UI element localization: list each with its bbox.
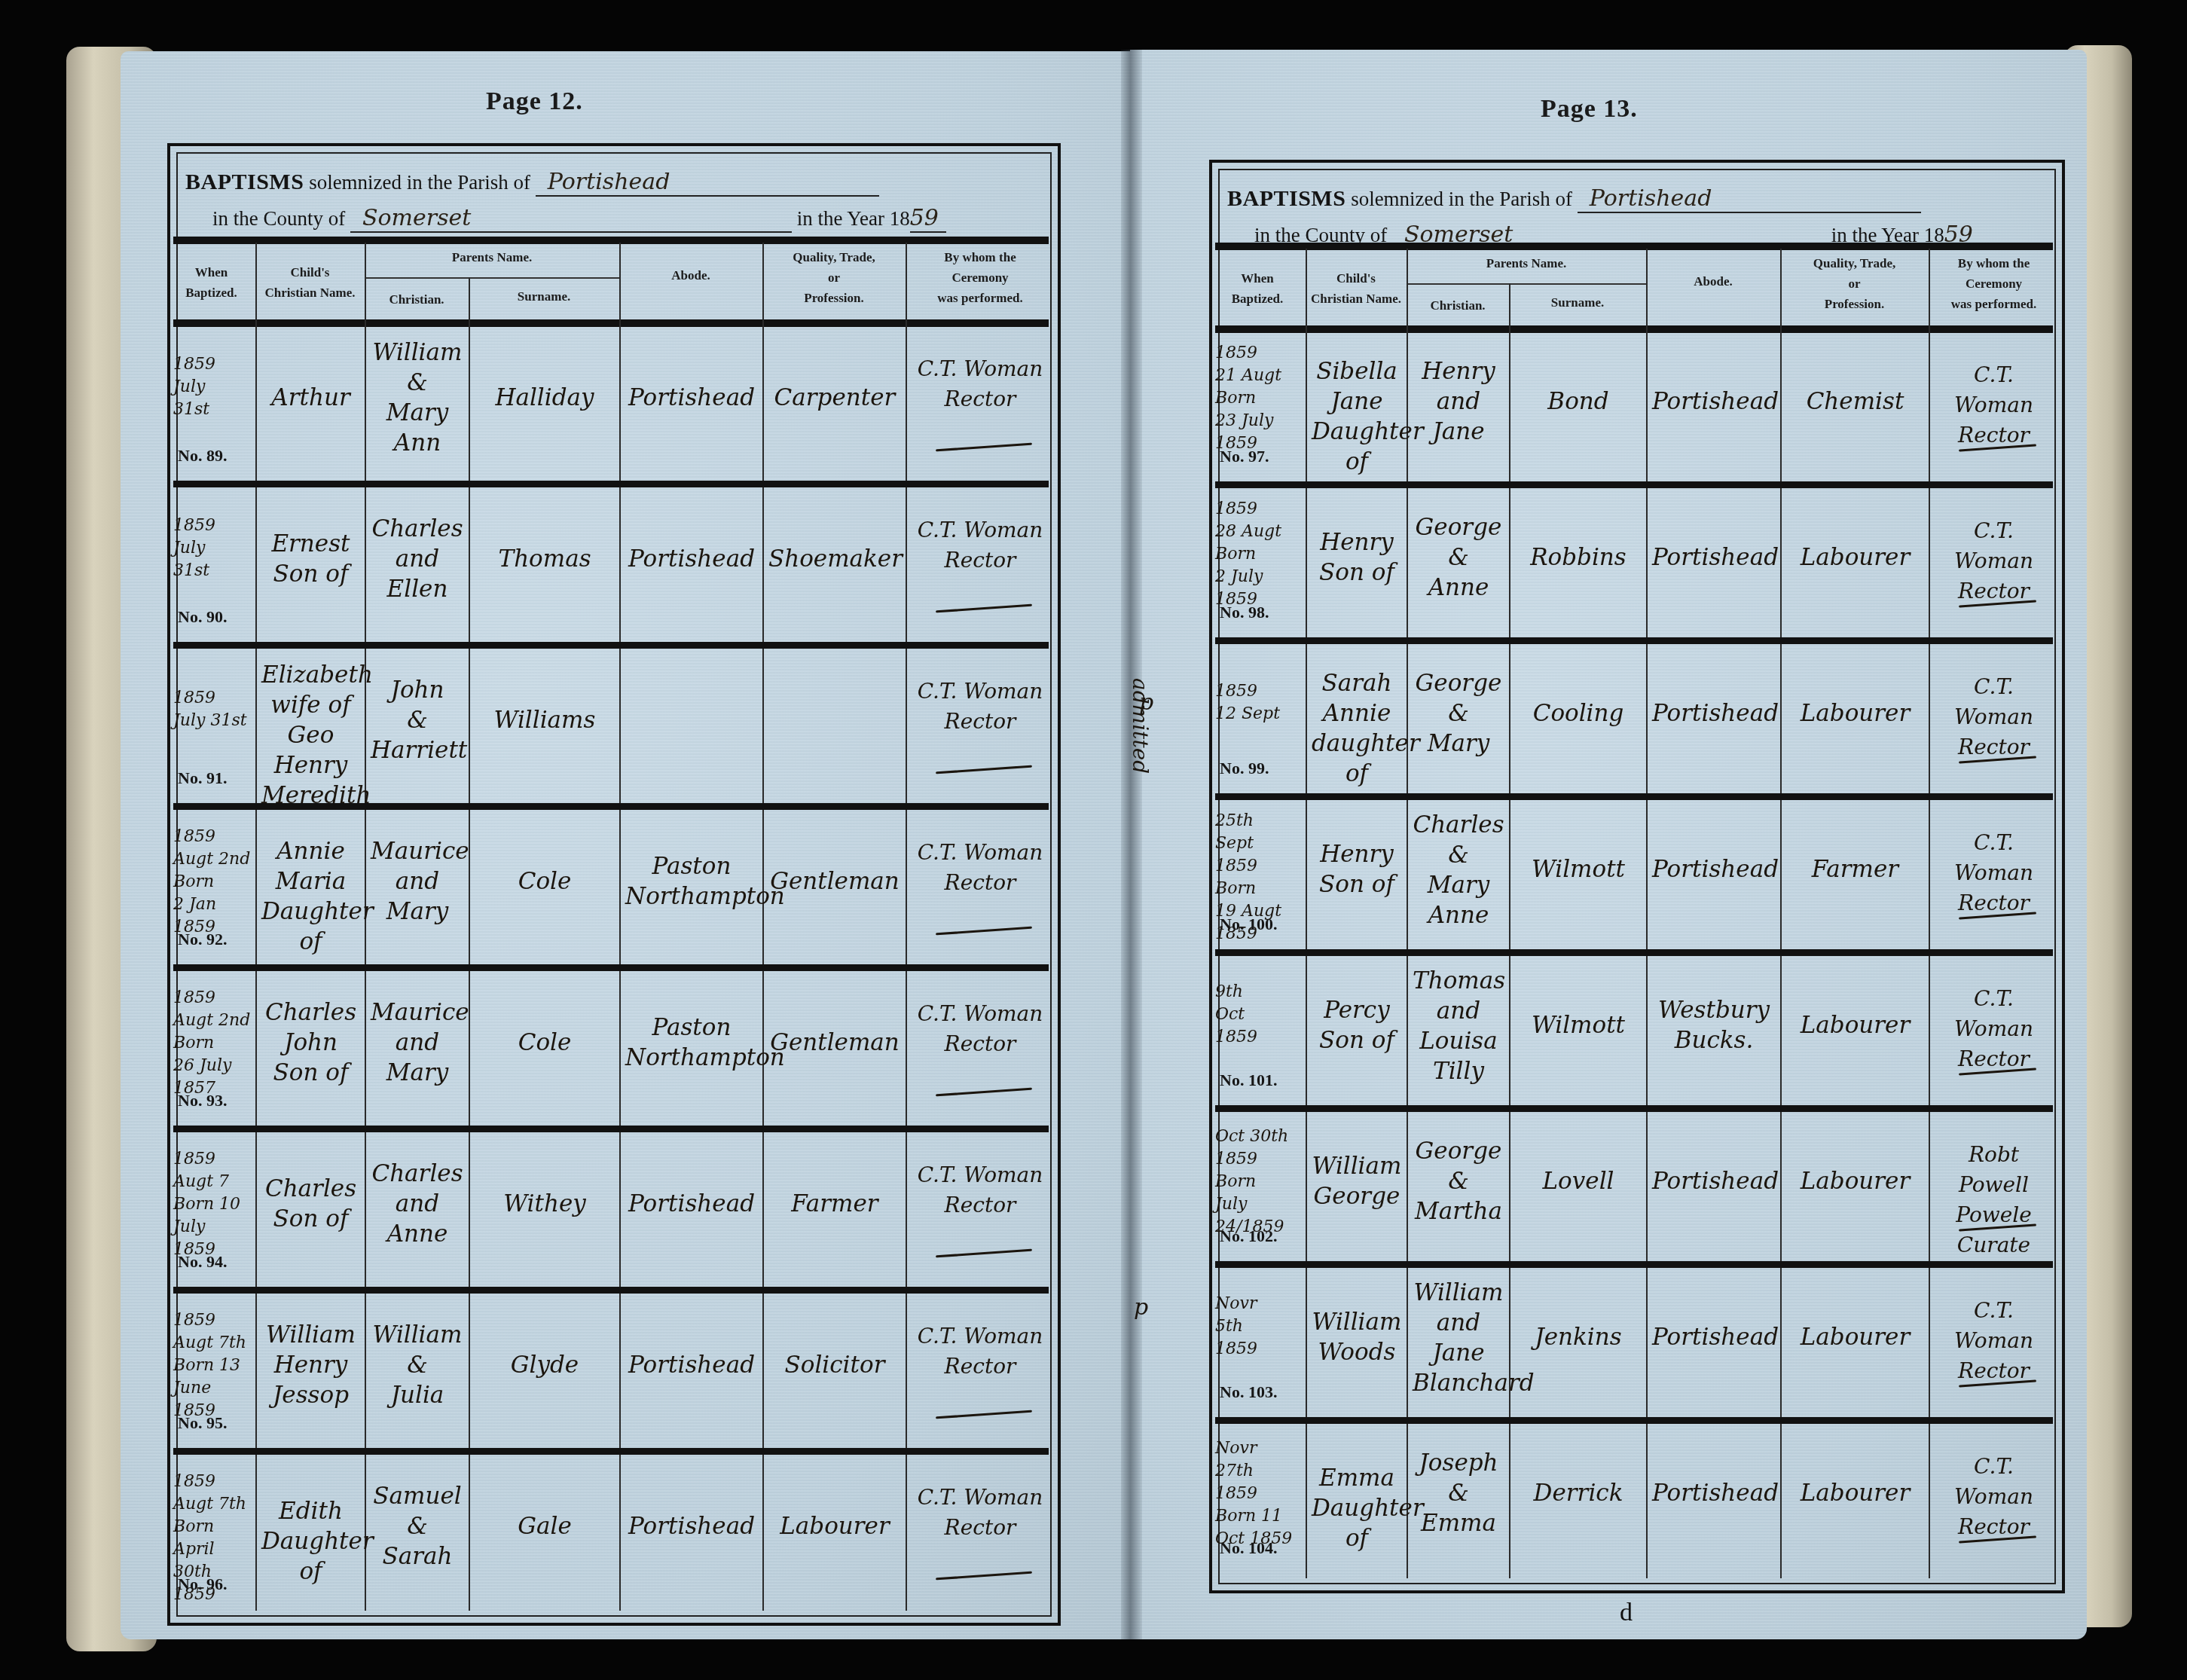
row-divider-rule <box>1215 1417 2053 1424</box>
cell-when-baptized: 1859 Augt 2nd Born 26 July 1857 <box>173 987 251 1100</box>
cell-quality-trade: Solicitor <box>768 1350 901 1380</box>
cell-parents-christian: Maurice and Mary <box>371 836 464 927</box>
col-head-child: Child'sChristian Name. <box>255 262 365 303</box>
solemnized-label: solemnized in the Parish of <box>304 171 535 194</box>
cell-child-name: Henry Son of <box>1312 527 1402 588</box>
cell-officiant-signature: C.T. Woman Rector <box>1935 516 2053 606</box>
page-number-title: Page 13. <box>1541 95 1638 124</box>
cell-child-name: Charles Son of <box>261 1174 360 1234</box>
register-heading-parish: BAPTISMS solemnized in the Parish of Por… <box>1227 185 1921 213</box>
parents-subrule <box>1407 283 1646 285</box>
cell-parents-christian: Henry and Jane <box>1413 356 1504 447</box>
row-divider-rule <box>1215 1261 2053 1268</box>
cell-parents-christian: Thomas and Louisa Tilly <box>1413 966 1504 1086</box>
cell-when-baptized: Novr 27th 1859 Born 11 Oct 1859 <box>1215 1437 1301 1550</box>
row-divider-rule <box>1215 481 2053 488</box>
cell-child-name: Edith Daughter of <box>261 1496 360 1587</box>
cell-parents-surname: Glyde <box>475 1350 615 1380</box>
cell-parents-surname: Wilmott <box>1515 854 1642 884</box>
cell-parents-surname: Jenkins <box>1515 1322 1642 1352</box>
cell-when-baptized: 1859 Augt 7th Born 13 June 1859 <box>173 1309 251 1422</box>
cell-child-name: Elizabeth wife of Geo Henry Meredith <box>261 660 360 811</box>
col-head-by-whom: By whom theCeremonywas performed. <box>906 247 1055 308</box>
cell-child-name: Henry Son of <box>1312 839 1402 900</box>
page-number-title: Page 12. <box>486 87 583 116</box>
entry-number: No. 91. <box>178 768 227 788</box>
cell-child-name: Sarah Annie daughter of <box>1312 668 1402 789</box>
parish-field: Portishead <box>1578 185 1921 213</box>
cell-parents-surname: Derrick <box>1515 1478 1642 1508</box>
entry-number: No. 102. <box>1220 1226 1277 1246</box>
col-head-surname: Surname. <box>1509 292 1646 313</box>
cell-child-name: Ernest Son of <box>261 529 360 589</box>
cell-parents-christian: Samuel & Sarah <box>371 1481 464 1572</box>
cell-abode: Portishead <box>1652 1478 1776 1508</box>
cell-quality-trade: Labourer <box>1786 698 1924 729</box>
cell-officiant-signature: C.T. Woman Rector <box>912 1321 1049 1382</box>
entry-number: No. 93. <box>178 1091 227 1110</box>
cell-parents-christian: George & Martha <box>1413 1136 1504 1226</box>
cell-child-name: Percy Son of <box>1312 995 1402 1055</box>
cell-when-baptized: 1859 July 31st <box>173 353 251 421</box>
col-head-surname: Surname. <box>469 286 619 307</box>
rule-thick <box>1215 243 2053 250</box>
cell-officiant-signature: C.T. Woman Rector <box>1935 672 2053 762</box>
cell-when-baptized: 1859 21 Augt Born 23 July 1859 <box>1215 342 1301 455</box>
county-field: Somerset <box>350 205 792 233</box>
col-head-abode: Abode. <box>1646 271 1780 292</box>
book-gutter <box>1121 50 1142 1639</box>
cell-parents-christian: William & Julia <box>371 1320 464 1410</box>
cell-parents-christian: Charles and Ellen <box>371 514 464 604</box>
cell-parents-christian: William & Mary Ann <box>371 338 464 458</box>
parents-subrule <box>365 277 619 279</box>
cell-quality-trade: Gentleman <box>768 1028 901 1058</box>
row-divider-rule <box>173 1126 1049 1132</box>
baptisms-label: BAPTISMS <box>185 170 304 194</box>
entry-number: No. 101. <box>1220 1071 1277 1090</box>
year-label: in the Year 18 <box>792 207 910 230</box>
cell-parents-surname: Bond <box>1515 386 1642 417</box>
row-divider-rule <box>173 964 1049 971</box>
cell-officiant-signature: C.T. Woman Rector <box>912 838 1049 898</box>
cell-when-baptized: 1859 12 Sept <box>1215 680 1301 725</box>
cell-abode: Portishead <box>1652 1322 1776 1352</box>
cell-parents-christian: George & Anne <box>1413 512 1504 603</box>
entry-number: No. 89. <box>178 446 227 466</box>
cell-parents-christian: Charles and Anne <box>371 1159 464 1249</box>
entry-number: No. 90. <box>178 607 227 627</box>
col-head-quality: Quality, Trade,orProfession. <box>1780 253 1929 314</box>
cell-officiant-signature: C.T. Woman Rector <box>912 1160 1049 1220</box>
entry-number: No. 99. <box>1220 759 1269 778</box>
cell-when-baptized: Novr 5th 1859 <box>1215 1293 1301 1361</box>
county-label: in the County of <box>212 207 350 230</box>
cell-abode: Paston Northampton <box>625 851 758 912</box>
cell-abode: Portishead <box>625 1189 758 1219</box>
row-divider-rule <box>1215 949 2053 956</box>
cell-child-name: William Henry Jessop <box>261 1320 360 1410</box>
cell-abode: Portishead <box>1652 542 1776 573</box>
cell-officiant-signature: C.T. Woman Rector <box>1935 828 2053 918</box>
rule-thick <box>173 319 1049 327</box>
col-head-parents: Parents Name. <box>365 247 619 267</box>
cell-parents-christian: Maurice and Mary <box>371 997 464 1088</box>
cell-abode: Portishead <box>1652 698 1776 729</box>
cell-abode: Paston Northampton <box>625 1013 758 1073</box>
rule-thick <box>173 237 1049 244</box>
cell-officiant-signature: C.T. Woman Rector <box>1935 360 2053 451</box>
col-head-child: Child'sChristian Name. <box>1306 268 1407 309</box>
cell-parents-surname: Cole <box>475 1028 615 1058</box>
cell-parents-christian: Joseph & Emma <box>1413 1448 1504 1538</box>
margin-note-p: p <box>1139 689 1153 716</box>
entry-number: No. 100. <box>1220 915 1277 934</box>
cell-parents-surname: Thomas <box>475 544 615 574</box>
cell-parents-surname: Withey <box>475 1189 615 1219</box>
cell-abode: Portishead <box>1652 1166 1776 1196</box>
entry-number: No. 97. <box>1220 447 1269 466</box>
cell-when-baptized: 1859 Augt 7 Born 10 July 1859 <box>173 1148 251 1261</box>
cell-abode: Portishead <box>1652 386 1776 417</box>
register-heading-parish: BAPTISMS solemnized in the Parish of Por… <box>185 169 879 197</box>
col-head-when: WhenBaptized. <box>167 262 255 303</box>
cell-child-name: William George <box>1312 1151 1402 1211</box>
cell-parents-surname: Robbins <box>1515 542 1642 573</box>
cell-quality-trade: Labourer <box>1786 542 1924 573</box>
entry-number: No. 95. <box>178 1413 227 1433</box>
cell-abode: Portishead <box>625 1350 758 1380</box>
cell-parents-surname: Lovell <box>1515 1166 1642 1196</box>
cell-parents-christian: William and Jane Blanchard <box>1413 1278 1504 1398</box>
cell-officiant-signature: C.T. Woman Rector <box>912 354 1049 414</box>
col-head-christian: Christian. <box>1407 295 1509 316</box>
row-divider-rule <box>173 481 1049 487</box>
entry-number: No. 94. <box>178 1252 227 1272</box>
year-field: 59 <box>910 205 946 233</box>
cell-quality-trade: Labourer <box>1786 1478 1924 1508</box>
cell-officiant-signature: C.T. Woman Rector <box>912 999 1049 1059</box>
cell-child-name: Arthur <box>261 383 360 413</box>
cell-abode: Portishead <box>625 1511 758 1541</box>
cell-child-name: Emma Daughter of <box>1312 1463 1402 1553</box>
signature-mark: d <box>1620 1599 1633 1627</box>
cell-quality-trade: Farmer <box>768 1189 901 1219</box>
cell-officiant-signature: C.T. Woman Rector <box>912 1483 1049 1543</box>
cell-child-name: Annie Maria Daughter of <box>261 836 360 957</box>
rule-thick <box>1215 325 2053 333</box>
col-head-parents: Parents Name. <box>1407 253 1646 273</box>
col-head-christian: Christian. <box>365 289 469 310</box>
cell-abode: Portishead <box>625 544 758 574</box>
cell-quality-trade: Shoemaker <box>768 544 901 574</box>
row-divider-rule <box>173 1287 1049 1294</box>
cell-abode: Portishead <box>625 383 758 413</box>
cell-when-baptized: Oct 30th 1859 Born July 24/1859 <box>1215 1126 1301 1239</box>
cell-officiant-signature: C.T. Woman Rector <box>1935 984 2053 1074</box>
cell-parents-christian: George & Mary <box>1413 668 1504 759</box>
cell-officiant-signature: C.T. Woman Rector <box>912 515 1049 576</box>
cell-parents-surname: Gale <box>475 1511 615 1541</box>
cell-quality-trade: Farmer <box>1786 854 1924 884</box>
entry-number: No. 98. <box>1220 603 1269 622</box>
parish-field: Portishead <box>536 169 879 197</box>
entry-number: No. 96. <box>178 1575 227 1594</box>
cell-officiant-signature: C.T. Woman Rector <box>912 677 1049 737</box>
row-divider-rule <box>173 642 1049 649</box>
cell-parents-surname: Cole <box>475 866 615 897</box>
cell-abode: Portishead <box>1652 854 1776 884</box>
register-heading-county: in the County of Somerset in the Year 18… <box>212 205 946 233</box>
cell-parents-surname: Williams <box>475 705 615 735</box>
cell-parents-surname: Halliday <box>475 383 615 413</box>
baptisms-label: BAPTISMS <box>1227 186 1345 211</box>
cell-officiant-signature: C.T. Woman Rector <box>1935 1452 2053 1542</box>
cell-parents-christian: Charles & Mary Anne <box>1413 810 1504 930</box>
row-divider-rule <box>1215 637 2053 644</box>
cell-parents-christian: John & Harriett <box>371 675 464 765</box>
cell-quality-trade: Labourer <box>768 1511 901 1541</box>
cell-when-baptized: 9th Oct 1859 <box>1215 981 1301 1049</box>
cell-quality-trade: Chemist <box>1786 386 1924 417</box>
col-head-quality: Quality, Trade,orProfession. <box>762 247 906 308</box>
cell-when-baptized: 1859 July 31st <box>173 515 251 582</box>
row-divider-rule <box>1215 1105 2053 1112</box>
cell-officiant-signature: Robt Powell Powele Curate <box>1935 1140 2053 1260</box>
cell-parents-surname: Wilmott <box>1515 1010 1642 1040</box>
cell-abode: Westbury Bucks. <box>1652 995 1776 1055</box>
cell-when-baptized: 1859 28 Augt Born 2 July 1859 <box>1215 498 1301 611</box>
cell-when-baptized: 1859 Augt 2nd Born 2 Jan 1859 <box>173 826 251 939</box>
cell-officiant-signature: C.T. Woman Rector <box>1935 1296 2053 1386</box>
cell-quality-trade: Labourer <box>1786 1322 1924 1352</box>
cell-child-name: William Woods <box>1312 1307 1402 1367</box>
cell-child-name: Charles John Son of <box>261 997 360 1088</box>
cell-quality-trade: Labourer <box>1786 1010 1924 1040</box>
row-divider-rule <box>1215 793 2053 800</box>
cell-quality-trade: Labourer <box>1786 1166 1924 1196</box>
cell-parents-surname: Cooling <box>1515 698 1642 729</box>
col-head-abode: Abode. <box>619 265 762 286</box>
entry-number: No. 92. <box>178 930 227 949</box>
solemnized-label: solemnized in the Parish of <box>1345 188 1577 210</box>
row-divider-rule <box>173 1448 1049 1455</box>
col-head-when: WhenBaptized. <box>1209 268 1306 309</box>
margin-note-p: p <box>1134 1294 1148 1321</box>
entry-number: No. 104. <box>1220 1538 1277 1558</box>
cell-when-baptized: 1859 July 31st <box>173 687 251 732</box>
cell-quality-trade: Carpenter <box>768 383 901 413</box>
cell-child-name: Sibella Jane Daughter of <box>1312 356 1402 477</box>
col-head-by-whom: By whom theCeremonywas performed. <box>1929 253 2059 314</box>
entry-number: No. 103. <box>1220 1382 1277 1402</box>
cell-quality-trade: Gentleman <box>768 866 901 897</box>
